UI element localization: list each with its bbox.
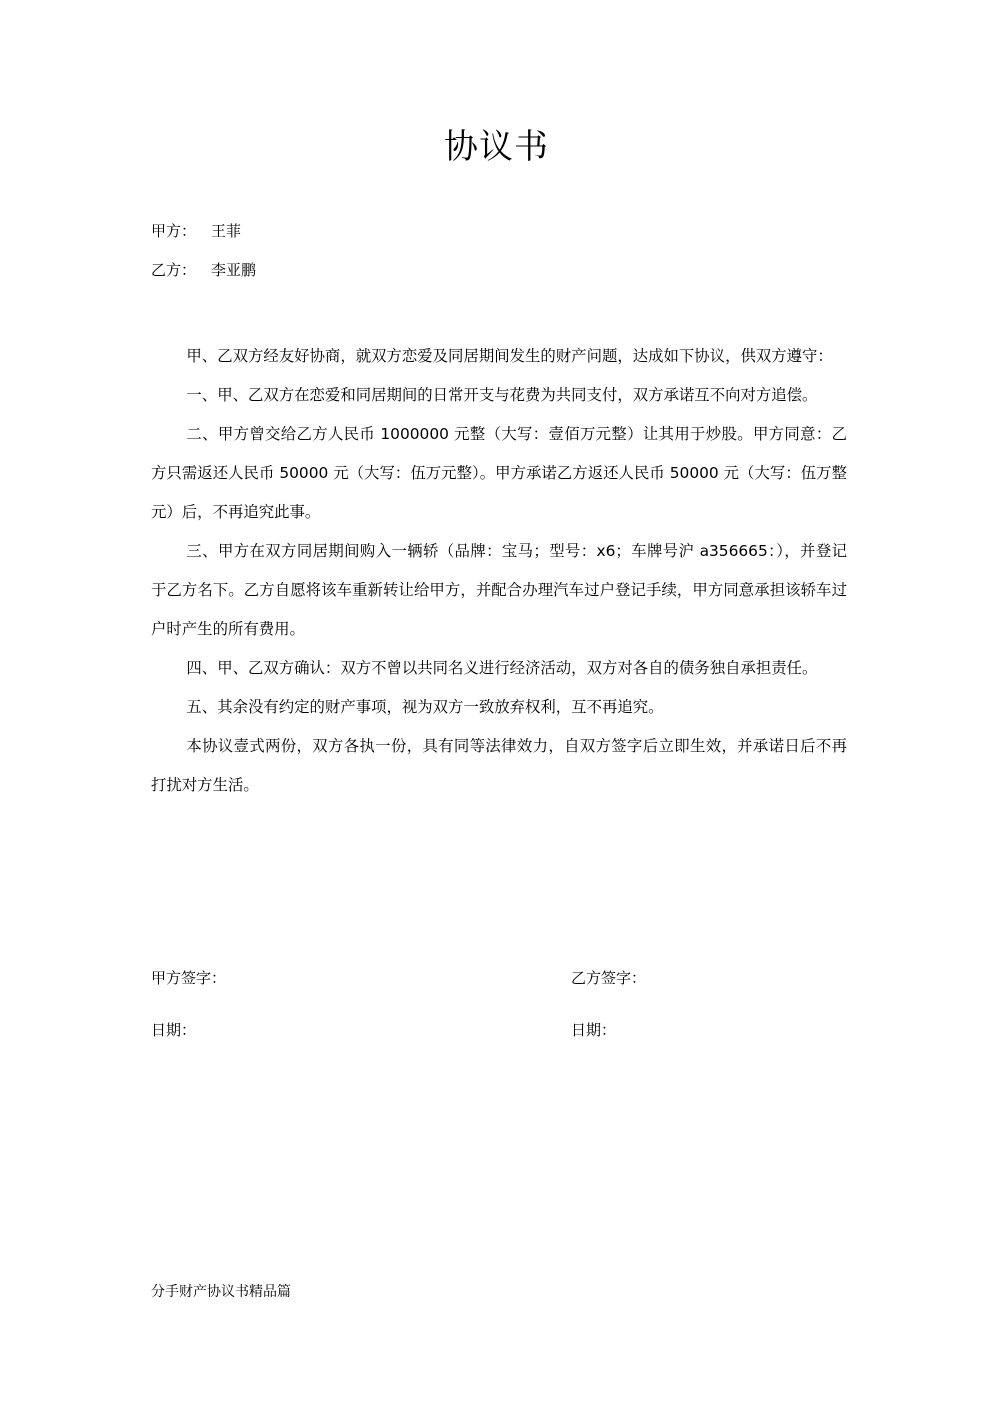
party-b-line: 乙方：李亚鹏 xyxy=(151,260,256,280)
party-a-name: 王菲 xyxy=(211,222,241,240)
party-b-date-label: 日期： xyxy=(571,1020,616,1040)
clause-5: 五、其余没有约定的财产事项，视为双方一致放弃权利，互不再追究。 xyxy=(151,688,847,727)
party-a-line: 甲方：王菲 xyxy=(151,221,241,241)
clause-2: 二、甲方曾交给乙方人民币 1000000 元整（大写：壹佰万元整）让其用于炒股。… xyxy=(151,415,847,532)
agreement-body: 甲、乙双方经友好协商，就双方恋爱及同居期间发生的财产问题，达成如下协议，供双方遵… xyxy=(151,337,847,805)
clause-1: 一、甲、乙双方在恋爱和同居期间的日常开支与花费为共同支付，双方承诺互不向对方追偿… xyxy=(151,376,847,415)
document-title: 协议书 xyxy=(0,124,993,170)
party-a-signature-label: 甲方签字： xyxy=(151,968,226,988)
clause-3: 三、甲方在双方同居期间购入一辆轿（品牌：宝马；型号：x6；车牌号沪 a35666… xyxy=(151,532,847,649)
clause-4: 四、甲、乙双方确认：双方不曾以共同名义进行经济活动，双方对各自的债务独自承担责任… xyxy=(151,649,847,688)
party-b-label: 乙方： xyxy=(151,260,211,280)
closing-paragraph: 本协议壹式两份，双方各执一份，具有同等法律效力，自双方签字后立即生效，并承诺日后… xyxy=(151,727,847,805)
party-b-name: 李亚鹏 xyxy=(211,261,256,279)
document-page: 协议书 甲方：王菲 乙方：李亚鹏 甲、乙双方经友好协商，就双方恋爱及同居期间发生… xyxy=(0,0,993,1404)
party-a-label: 甲方： xyxy=(151,221,211,241)
preamble-paragraph: 甲、乙双方经友好协商，就双方恋爱及同居期间发生的财产问题，达成如下协议，供双方遵… xyxy=(151,337,847,376)
page-footer: 分手财产协议书精品篇 xyxy=(151,1282,291,1302)
party-a-date-label: 日期： xyxy=(151,1020,196,1040)
party-b-signature-label: 乙方签字： xyxy=(571,968,646,988)
